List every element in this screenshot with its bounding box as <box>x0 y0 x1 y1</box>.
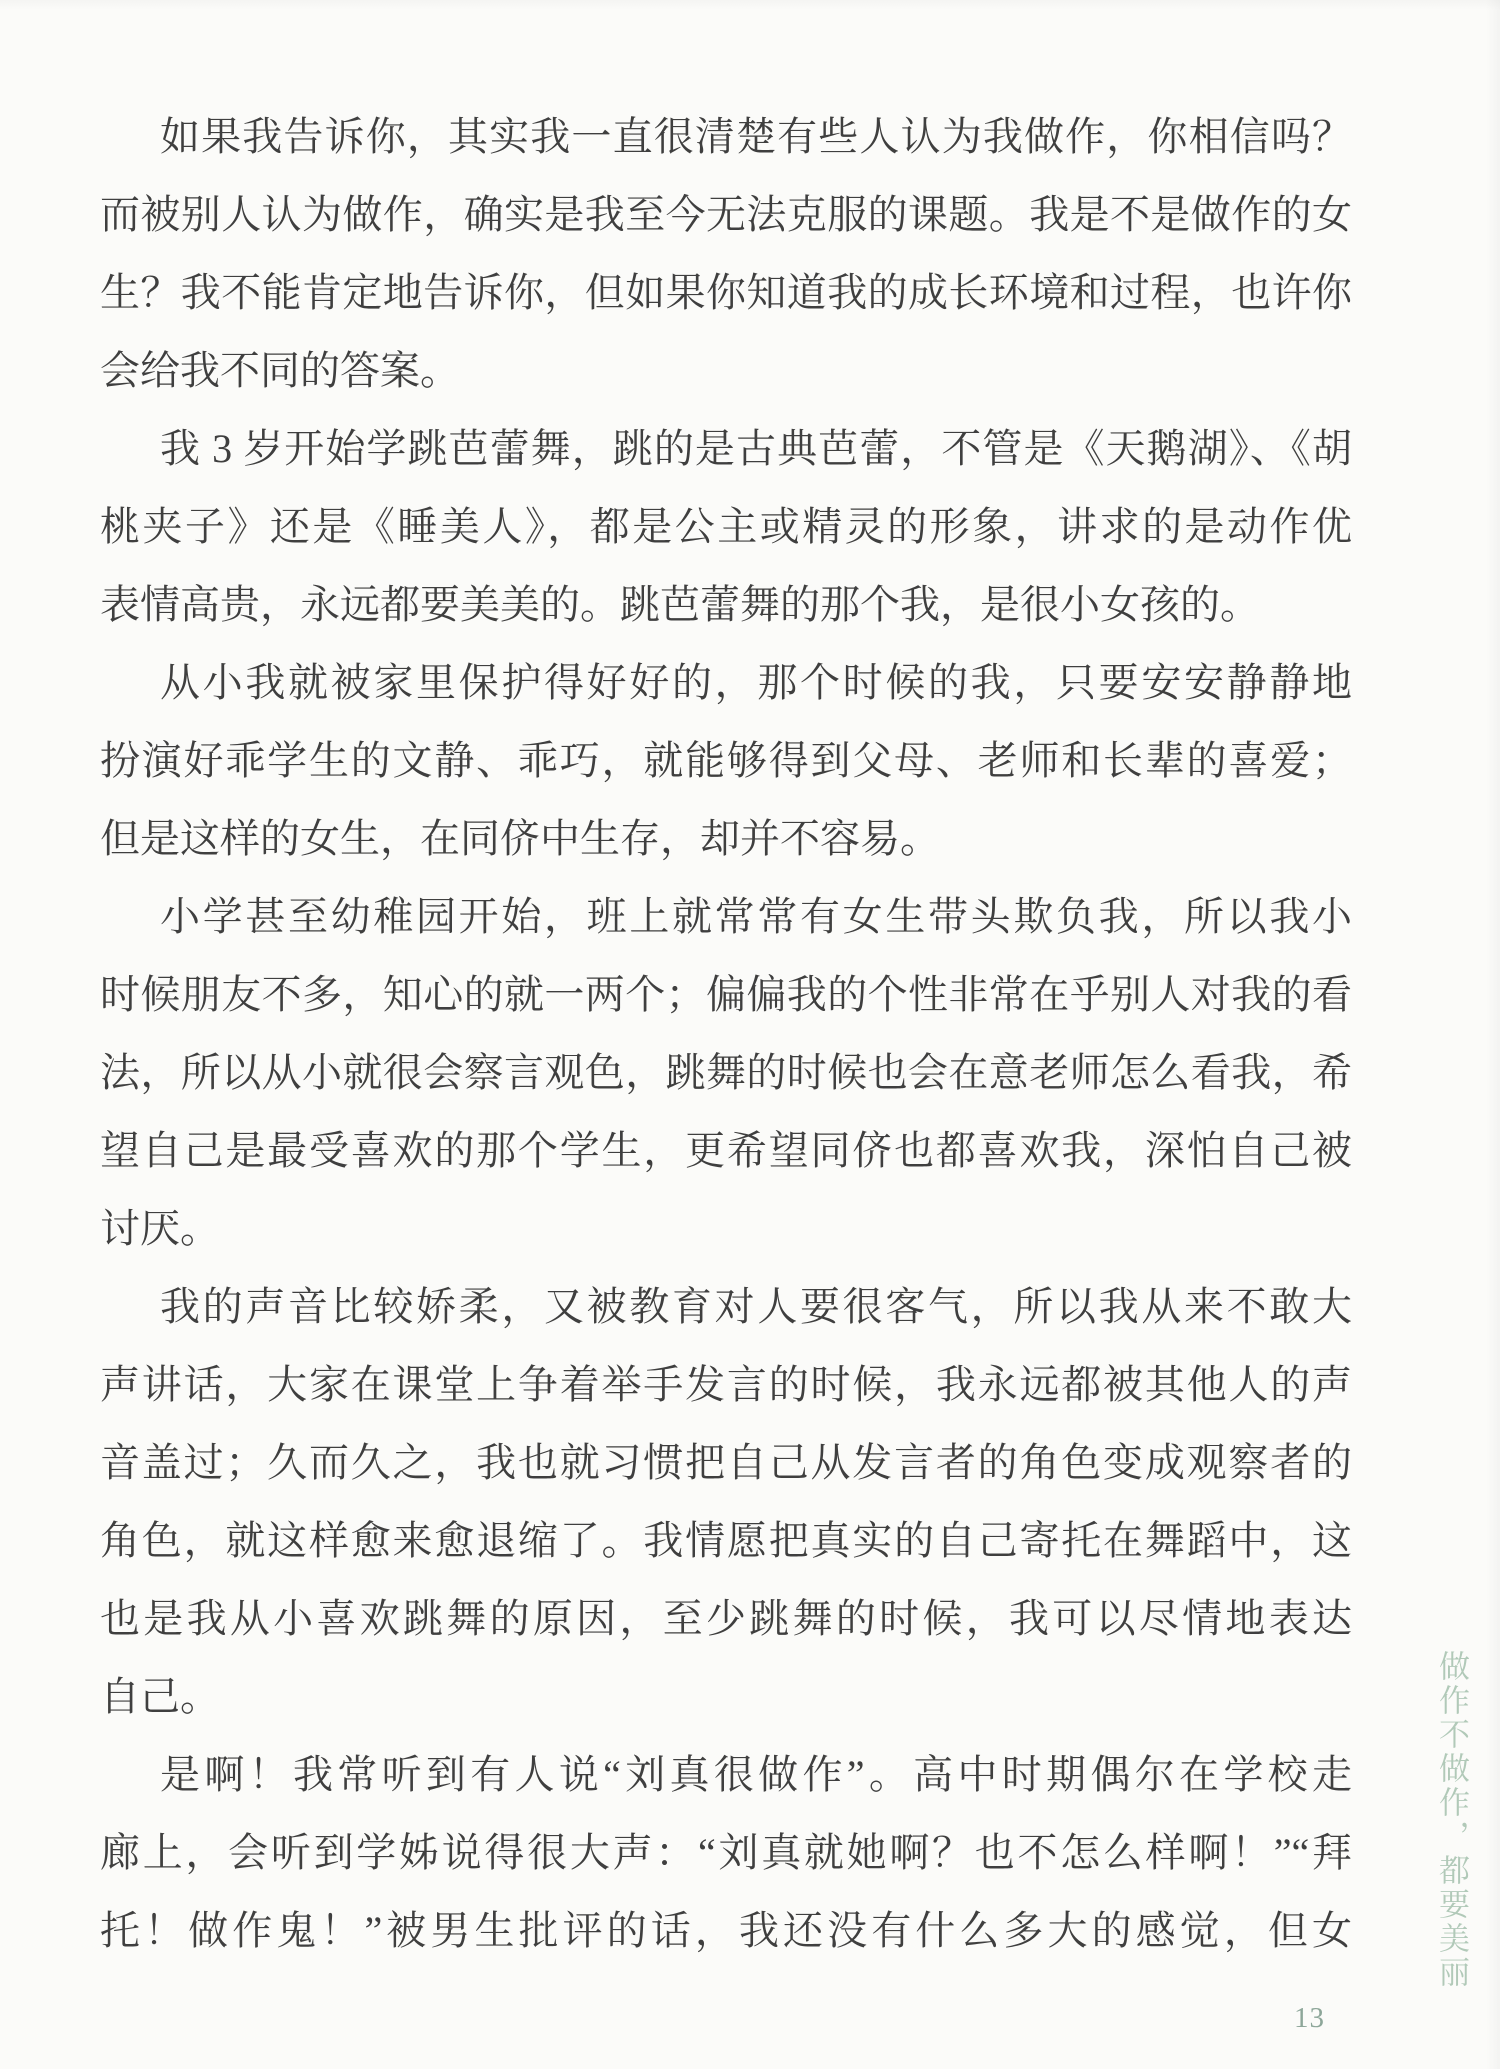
text-line: 我 3 岁开始学跳芭蕾舞，跳的是古典芭蕾，不管是《天鹅湖》、《胡 <box>100 410 1352 488</box>
text-line: 自己。 <box>100 1658 1352 1736</box>
text-line: 廊上，会听到学姊说得很大声：“刘真就她啊？也不怎么样啊！”“拜 <box>100 1814 1352 1892</box>
paragraph: 我 3 岁开始学跳芭蕾舞，跳的是古典芭蕾，不管是《天鹅湖》、《胡 桃夹子》还是《… <box>100 410 1352 644</box>
text-line: 望自己是最受喜欢的那个学生，更希望同侪也都喜欢我，深怕自己被 <box>100 1112 1352 1190</box>
text-line: 是啊！我常听到有人说“刘真很做作”。高中时期偶尔在学校走 <box>100 1736 1352 1814</box>
paragraph: 从小我就被家里保护得好好的，那个时候的我，只要安安静静地 扮演好乖学生的文静、乖… <box>100 644 1352 878</box>
text-line: 时候朋友不多，知心的就一两个；偏偏我的个性非常在乎别人对我的看 <box>100 956 1352 1034</box>
scan-shading-right <box>1486 0 1500 2069</box>
paragraph: 如果我告诉你，其实我一直很清楚有些人认为我做作，你相信吗？ 而被别人认为做作，确… <box>100 98 1352 410</box>
text-line: 从小我就被家里保护得好好的，那个时候的我，只要安安静静地 <box>100 644 1352 722</box>
text-line: 会给我不同的答案。 <box>100 332 1352 410</box>
body-text: 如果我告诉你，其实我一直很清楚有些人认为我做作，你相信吗？ 而被别人认为做作，确… <box>100 98 1352 1970</box>
text-line: 如果我告诉你，其实我一直很清楚有些人认为我做作，你相信吗？ <box>100 98 1352 176</box>
text-line: 表情高贵，永远都要美美的。跳芭蕾舞的那个我，是很小女孩的。 <box>100 566 1352 644</box>
book-side-title: 做作不做作，都要美丽 <box>1429 1650 1474 1990</box>
page-number: 13 <box>1294 2002 1325 2035</box>
text-line: 托！做作鬼！”被男生批评的话，我还没有什么多大的感觉，但女 <box>100 1892 1352 1970</box>
text-line: 生？我不能肯定地告诉你，但如果你知道我的成长环境和过程，也许你 <box>100 254 1352 332</box>
paragraph: 小学甚至幼稚园开始，班上就常常有女生带头欺负我，所以我小 时候朋友不多，知心的就… <box>100 878 1352 1268</box>
scan-shading-top <box>0 0 1500 10</box>
text-line: 角色，就这样愈来愈退缩了。我情愿把真实的自己寄托在舞蹈中，这 <box>100 1502 1352 1580</box>
text-line: 小学甚至幼稚园开始，班上就常常有女生带头欺负我，所以我小 <box>100 878 1352 956</box>
text-line: 法，所以从小就很会察言观色，跳舞的时候也会在意老师怎么看我，希 <box>100 1034 1352 1112</box>
text-line: 也是我从小喜欢跳舞的原因，至少跳舞的时候，我可以尽情地表达 <box>100 1580 1352 1658</box>
text-line: 扮演好乖学生的文静、乖巧，就能够得到父母、老师和长辈的喜爱； <box>100 722 1352 800</box>
text-line: 我的声音比较娇柔，又被教育对人要很客气，所以我从来不敢大 <box>100 1268 1352 1346</box>
text-line: 桃夹子》还是《睡美人》，都是公主或精灵的形象，讲求的是动作优雅、 <box>100 488 1352 566</box>
text-line: 音盖过；久而久之，我也就习惯把自己从发言者的角色变成观察者的 <box>100 1424 1352 1502</box>
paragraph: 是啊！我常听到有人说“刘真很做作”。高中时期偶尔在学校走 廊上，会听到学姊说得很… <box>100 1736 1352 1970</box>
paragraph: 我的声音比较娇柔，又被教育对人要很客气，所以我从来不敢大 声讲话，大家在课堂上争… <box>100 1268 1352 1736</box>
text-line: 但是这样的女生，在同侪中生存，却并不容易。 <box>100 800 1352 878</box>
text-line: 而被别人认为做作，确实是我至今无法克服的课题。我是不是做作的女 <box>100 176 1352 254</box>
text-line: 讨厌。 <box>100 1190 1352 1268</box>
text-line: 声讲话，大家在课堂上争着举手发言的时候，我永远都被其他人的声 <box>100 1346 1352 1424</box>
